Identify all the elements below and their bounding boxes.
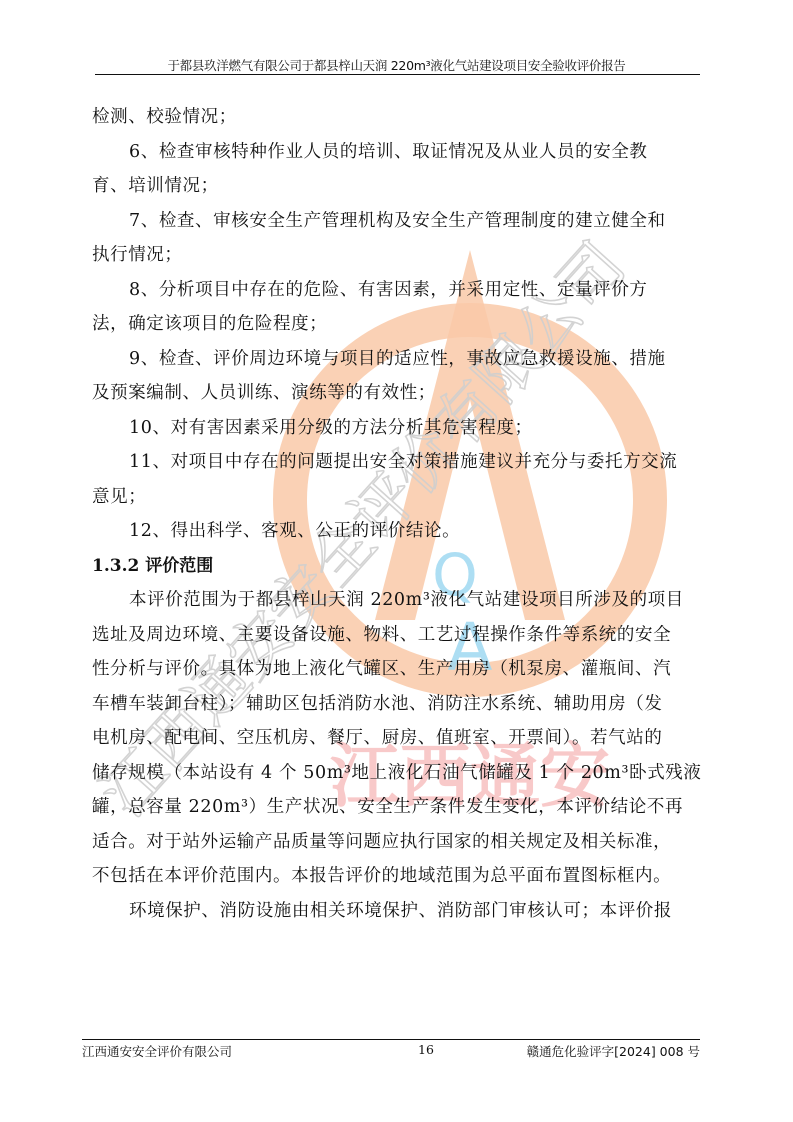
footer-company: 江西通安安全评价有限公司: [82, 1042, 232, 1060]
footer-divider: [82, 1039, 700, 1040]
body-line: 检测、校验情况；: [92, 100, 696, 135]
list-item-10: 10、对有害因素采用分级的方法分析其危害程度；: [92, 411, 696, 446]
scope-paragraph-line: 性分析与评价。具体为地上液化气罐区、生产用房（机泵房、灌瓶间、汽: [92, 652, 696, 687]
document-page: 于都县玖洋燃气有限公司于都县梓山天润 220m³液化气站建设项目安全验收评价报告…: [0, 0, 793, 1122]
running-header-title: 于都县玖洋燃气有限公司于都县梓山天润 220m³液化气站建设项目安全验收评价报告: [95, 56, 698, 74]
header-divider: [95, 74, 700, 75]
document-body: 检测、校验情况； 6、检查审核特种作业人员的培训、取证情况及从业人员的安全教 育…: [92, 100, 696, 928]
list-item-11: 11、对项目中存在的问题提出安全对策措施建议并充分与委托方交流: [92, 445, 696, 480]
list-item-9: 9、检查、评价周边环境与项目的适应性，事故应急救援设施、措施: [92, 342, 696, 377]
body-line: 法，确定该项目的危险程度；: [92, 307, 696, 342]
list-item-7: 7、检查、审核安全生产管理机构及安全生产管理制度的建立健全和: [92, 204, 696, 239]
scope-paragraph-line: 适合。对于站外运输产品质量等问题应执行国家的相关规定及相关标准，: [92, 825, 696, 860]
scope-paragraph-line: 罐，总容量 220m³）生产状况、安全生产条件发生变化，本评价结论不再: [92, 790, 696, 825]
list-item-6: 6、检查审核特种作业人员的培训、取证情况及从业人员的安全教: [92, 135, 696, 170]
footer-doc-number: 赣通危化验评字[2024] 008 号: [527, 1042, 700, 1060]
scope-paragraph-line: 环境保护、消防设施由相关环境保护、消防部门审核认可；本评价报: [92, 894, 696, 929]
page-footer: 江西通安安全评价有限公司 16 赣通危化验评字[2024] 008 号: [82, 1042, 700, 1060]
body-line: 育、培训情况；: [92, 169, 696, 204]
scope-paragraph-line: 本评价范围为于都县梓山天润 220m³液化气站建设项目所涉及的项目: [92, 583, 696, 618]
body-line: 及预案编制、人员训练、演练等的有效性；: [92, 376, 696, 411]
scope-paragraph-line: 选址及周边环境、主要设备设施、物料、工艺过程操作条件等系统的安全: [92, 618, 696, 653]
body-line: 执行情况；: [92, 238, 696, 273]
body-line: 意见；: [92, 480, 696, 515]
scope-paragraph-line: 车槽车装卸台柱）；辅助区包括消防水池、消防注水系统、辅助用房（发: [92, 687, 696, 722]
list-item-12: 12、得出科学、客观、公正的评价结论。: [92, 514, 696, 549]
scope-paragraph-line: 电机房、配电间、空压机房、餐厅、厨房、值班室、开票间）。若气站的: [92, 721, 696, 756]
scope-paragraph-line: 储存规模（本站设有 4 个 50m³地上液化石油气储罐及 1 个 20m³卧式残…: [92, 756, 696, 791]
section-heading: 1.3.2 评价范围: [92, 549, 696, 584]
scope-paragraph-line: 不包括在本评价范围内。本报告评价的地域范围为总平面布置图标框内。: [92, 859, 696, 894]
list-item-8: 8、分析项目中存在的危险、有害因素，并采用定性、定量评价方: [92, 273, 696, 308]
page-number: 16: [418, 1042, 434, 1057]
